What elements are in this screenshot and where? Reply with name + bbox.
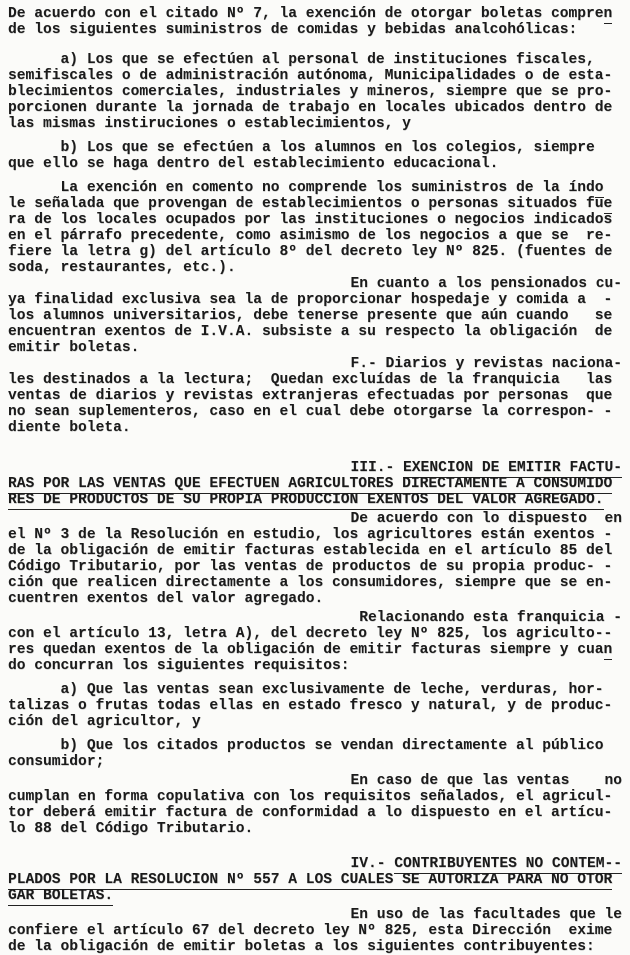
section-heading-line: GAR BOLETAS. — [8, 888, 622, 904]
list-item-a-line: a) Los que se efectúen al personal de in… — [8, 52, 622, 68]
text-line: le señalada que provengan de establecimi… — [8, 196, 622, 212]
text-line: que ello se haga dentro del establecimie… — [8, 156, 622, 172]
scanned-document-page: De acuerdo con el citado Nº 7, la exenci… — [0, 0, 630, 955]
list-item-b-line: b) Los que se efectúen a los alumnos en … — [8, 140, 622, 156]
paragraph-opener-line: En uso de las facultades que le — [8, 907, 622, 923]
text-line: diente boleta. — [8, 420, 622, 436]
text-line: fiere la letra g) del artículo 8º del de… — [8, 244, 622, 260]
text-line: De acuerdo con el citado Nº 7, la exenci… — [8, 6, 622, 22]
text-line: de la obligación de emitir boletas a los… — [8, 939, 622, 955]
text-line: el Nº 3 de la Resolución en estudio, los… — [8, 527, 622, 543]
paragraph-opener-line: Relacionando esta franquicia - — [8, 610, 622, 626]
text-line: ra de los locales ocupados por las insti… — [8, 212, 622, 228]
text-line: tor deberá emitir factura de conformidad… — [8, 805, 622, 821]
text-line: res quedan exentos de la obligación de e… — [8, 642, 622, 658]
section-heading-line: IV.- CONTRIBUYENTES NO CONTEM-- — [8, 856, 622, 872]
text-line: con el artículo 13, letra A), del decret… — [8, 626, 622, 642]
list-item-a-line: a) Que las ventas sean exclusivamente de… — [8, 682, 622, 698]
text-line: no sean suplementeros, caso en el cual d… — [8, 404, 622, 420]
text-line: consumidor; — [8, 754, 622, 770]
text-line: confiere el artículo 67 del decreto ley … — [8, 923, 622, 939]
text-line: las mismas instiruciones o establecimien… — [8, 116, 622, 132]
text-line: ción del agricultor, y — [8, 714, 622, 730]
text-line: lo 88 del Código Tributario. — [8, 821, 622, 837]
text-line: soda, restaurantes, etc.). — [8, 260, 622, 276]
text-line: les destinados a la lectura; Quedan excl… — [8, 372, 622, 388]
text-line: emitir boletas. — [8, 340, 622, 356]
text-line: Código Tributario, por las ventas de pro… — [8, 559, 622, 575]
text-line: de los siguientes suministros de comidas… — [8, 22, 622, 38]
text-line: semifiscales o de administración autónom… — [8, 68, 622, 84]
text-line: ventas de diarios y revistas extranjeras… — [8, 388, 622, 404]
section-heading-line: RAS POR LAS VENTAS QUE EFECTUEN AGRICULT… — [8, 476, 622, 492]
section-heading-line: PLADOS POR LA RESOLUCION Nº 557 A LOS CU… — [8, 872, 622, 888]
paragraph-opener-line: En caso de que las ventas no — [8, 773, 622, 789]
text-line: ya finalidad exclusiva sea la de proporc… — [8, 292, 622, 308]
text-line: porcionen durante la jornada de trabajo … — [8, 100, 622, 116]
paragraph-opener-line: En cuanto a los pensionados cu- — [8, 276, 622, 292]
text-line: do concurran los siguientes requisitos: — [8, 658, 622, 674]
list-item-b-line: b) Que los citados productos se vendan d… — [8, 738, 622, 754]
text-line: encuentran exentos de I.V.A. subsiste a … — [8, 324, 622, 340]
text-line: cuentren exentos del valor agregado. — [8, 591, 622, 607]
text-line: ción que realicen directamente a los con… — [8, 575, 622, 591]
text-line: cumplan en forma copulativa con los requ… — [8, 789, 622, 805]
section-heading-line: III.- EXENCION DE EMITIR FACTU- — [8, 460, 622, 476]
section-heading-line: RES DE PRODUCTOS DE SU PROPIA PRODUCCION… — [8, 492, 622, 508]
text-line: talizas o frutas todas ellas en estado f… — [8, 698, 622, 714]
text-line: blecimientos comerciales, industriales y… — [8, 84, 622, 100]
paragraph-opener-line: F.- Diarios y revistas naciona- — [8, 356, 622, 372]
text-line: de la obligación de emitir facturas esta… — [8, 543, 622, 559]
text-line: La exención en comento no comprende los … — [8, 180, 622, 196]
paragraph-opener-line: De acuerdo con lo dispuesto en — [8, 511, 622, 527]
text-line: en el párrafo precedente, como asimismo … — [8, 228, 622, 244]
text-line: los alumnos universitarios, debe tenerse… — [8, 308, 622, 324]
